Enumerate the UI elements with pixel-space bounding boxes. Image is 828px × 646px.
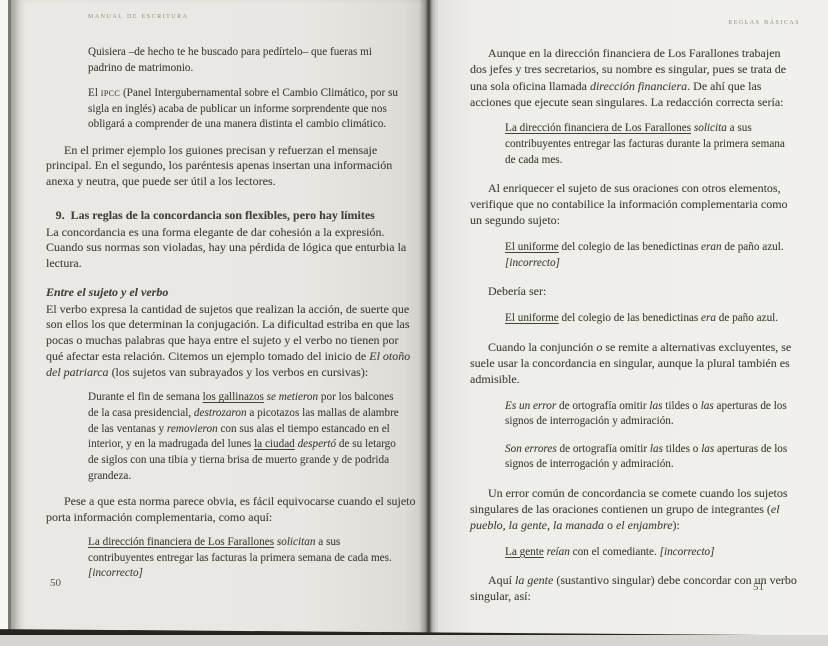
italic-text: era	[701, 312, 716, 324]
underlined-text: La dirección financiera de Los Farallone…	[505, 122, 691, 134]
text-segment: de paño azul.	[716, 312, 778, 324]
block-quote: La dirección financiera de Los Farallone…	[88, 535, 406, 582]
scanner-background	[0, 635, 828, 646]
underlined-text: los gallinazos	[203, 391, 264, 403]
block-quote: El uniforme del colegio de las benedicti…	[505, 311, 788, 327]
italic-text: [incorrecto]	[660, 546, 715, 558]
paragraph: Aunque en la dirección financiera de Los…	[470, 45, 800, 109]
paragraph: Pese a que esta norma parece obvia, es f…	[46, 494, 418, 526]
text-segment: Cuando la conjunción	[488, 340, 596, 354]
text-segment: IPCC	[101, 87, 120, 99]
text-segment: El	[88, 87, 101, 99]
running-head-left: MANUAL DE ESCRITURA	[88, 10, 418, 21]
block-quote: El uniforme del colegio de las benedicti…	[505, 240, 788, 271]
text-segment: tildes o	[663, 443, 701, 455]
text-segment: (los sujetos van subrayados y los verbos…	[109, 365, 369, 379]
underlined-text: la ciudad	[254, 438, 295, 450]
text-segment: o	[604, 518, 616, 532]
text-segment: Debería ser:	[488, 284, 546, 298]
italic-text: [incorrecto]	[505, 257, 560, 269]
text-segment: En el primer ejemplo los guiones precisa…	[46, 143, 392, 189]
paragraph: Al enriquecer el sujeto de sus oraciones…	[470, 180, 800, 228]
book-scan: MANUAL DE ESCRITURA Quisiera –de hecho t…	[0, 0, 828, 646]
italic-text: Son errores	[505, 443, 557, 455]
text-segment: La concordancia es una forma elegante de…	[46, 225, 406, 271]
italic-text: solicitan	[277, 536, 316, 548]
paragraph: La concordancia es una forma elegante de…	[46, 225, 418, 272]
text-segment: Quisiera –de hecho te he buscado para pe…	[88, 46, 372, 74]
page-number-left: 50	[50, 577, 61, 589]
text-segment: de ortografía omitir	[556, 400, 649, 412]
text-segment: del colegio de las benedictinas	[559, 241, 701, 253]
paragraph: En el primer ejemplo los guiones precisa…	[46, 143, 418, 190]
block-quote: El IPCC (Panel Intergubernamental sobre …	[88, 86, 406, 133]
italic-text: las	[701, 400, 714, 412]
italic-text: las	[650, 443, 663, 455]
paragraph: Debería ser:	[470, 283, 800, 299]
text-segment: Pese a que esta norma parece obvia, es f…	[46, 494, 416, 524]
text-segment: de paño azul.	[722, 241, 784, 253]
text-segment: ):	[673, 518, 680, 532]
paragraph: Cuando la conjunción o se remite a alter…	[470, 339, 800, 387]
page-number-right: 51	[753, 581, 764, 593]
text-segment: del colegio de las benedictinas	[559, 312, 701, 324]
text-segment: (Panel Intergubernamental sobre el Cambi…	[88, 87, 398, 130]
italic-text: las	[701, 443, 714, 455]
italic-text: solicita	[694, 122, 727, 134]
italic-text: dirección financiera	[590, 79, 687, 93]
italic-text: removieron	[167, 423, 218, 435]
block-quote: La gente reían con el comediante. [incor…	[505, 545, 788, 561]
block-quote: Es un error de ortografía omitir las til…	[505, 399, 788, 430]
italic-text: Es un error	[505, 400, 556, 412]
italic-text: el enjambre	[616, 518, 673, 532]
sub-heading: Entre el sujeto y el verbo	[46, 285, 418, 301]
text-segment: Aquí	[488, 573, 515, 587]
text-segment: Un error común de concordancia se comete…	[470, 486, 788, 516]
italic-text: las	[649, 400, 662, 412]
underlined-text: La gente	[505, 546, 544, 558]
block-quote: Quisiera –de hecho te he buscado para pe…	[88, 45, 406, 76]
underlined-text: La dirección financiera de Los Farallone…	[88, 536, 274, 548]
text-segment: con el comediante.	[570, 546, 660, 558]
text-segment: Al enriquecer el sujeto de sus oraciones…	[470, 181, 788, 227]
block-quote: La dirección financiera de Los Farallone…	[505, 121, 788, 168]
italic-text: despertó	[298, 438, 337, 450]
paragraph: Un error común de concordancia se comete…	[470, 485, 800, 533]
spine-shadow	[419, 0, 438, 640]
paragraph: El verbo expresa la cantidad de sujetos …	[46, 302, 418, 381]
text-segment: de ortografía omitir	[557, 443, 650, 455]
italic-text: [incorrecto]	[88, 567, 143, 579]
text-segment: Entre el sujeto y el verbo	[46, 285, 168, 299]
page-left-content: MANUAL DE ESCRITURA Quisiera –de hecho t…	[46, 10, 418, 592]
underlined-text: El uniforme	[505, 241, 559, 253]
italic-text: destrozaron	[194, 407, 247, 419]
italic-text: se metieron	[267, 391, 318, 403]
italic-text: reían	[547, 546, 570, 558]
section-heading: 9. Las reglas de la concordancia son fle…	[46, 208, 418, 224]
italic-text: eran	[701, 241, 722, 253]
text-segment: tildes o	[662, 400, 700, 412]
text-segment: 9. Las reglas de la concordancia son fle…	[56, 208, 375, 222]
running-head-right: REGLAS BÁSICAS	[470, 16, 800, 27]
block-quote: Durante el fin de semana los gallinazos …	[88, 390, 406, 484]
text-segment: El verbo expresa la cantidad de sujetos …	[46, 302, 410, 363]
paragraph: Aquí la gente (sustantivo singular) debe…	[470, 572, 800, 604]
block-quote: Son errores de ortografía omitir las til…	[505, 442, 788, 473]
italic-text: la gente	[515, 573, 553, 587]
page-right-content: REGLAS BÁSICAS Aunque en la dirección fi…	[470, 16, 800, 616]
underlined-text: El uniforme	[505, 312, 559, 324]
text-segment: Durante el fin de semana	[88, 391, 203, 403]
